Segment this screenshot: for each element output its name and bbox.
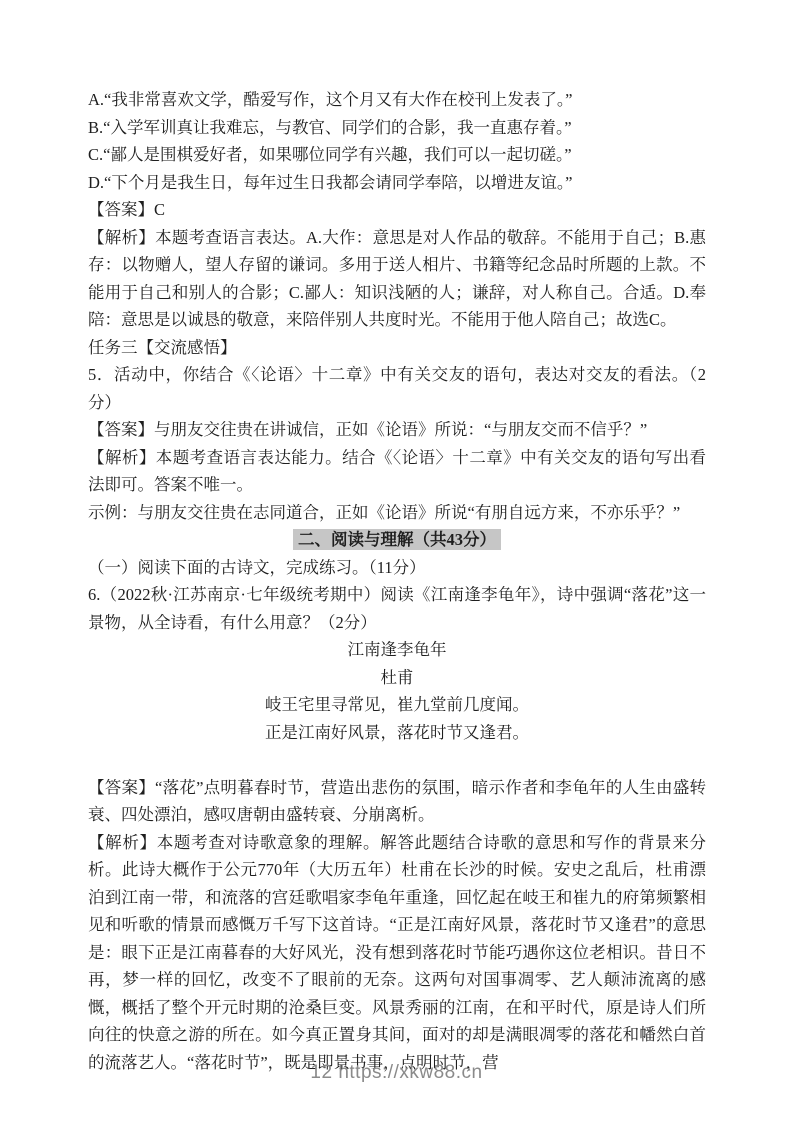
document-content: A.“我非常喜欢文学，酷爱写作，这个月又有大作在校刊上发表了。” B.“入学军训… — [88, 86, 706, 1076]
poem-title: 江南逢李龟年 — [88, 636, 706, 664]
section-title: 二、阅读与理解（共43分） — [293, 529, 501, 550]
task3-heading: 任务三【交流感悟】 — [88, 334, 706, 362]
section-title-line: 二、阅读与理解（共43分） — [88, 526, 706, 554]
page-footer: 12 https://xkw88.cn — [0, 1062, 793, 1084]
q6-answer: 【答案】“落花”点明暮春时节，营造出悲伤的氛围，暗示作者和李龟年的人生由盛转衰、… — [88, 774, 706, 829]
poem-line: 正是江南好风景，落花时节又逢君。 — [88, 719, 706, 747]
q5-example: 示例：与朋友交往贵在志同道合，正如《论语》所说“有朋自远方来，不亦乐乎？” — [88, 499, 706, 527]
q4-option-b: B.“入学军训真让我难忘，与教官、同学们的合影，我一直惠存着。” — [88, 114, 706, 142]
q5-analysis: 【解析】本题考查语言表达能力。结合《〈论语〉十二章》中有关交友的语句写出看法即可… — [88, 444, 706, 499]
q4-option-c: C.“鄙人是围棋爱好者，如果哪位同学有兴趣，我们可以一起切磋。” — [88, 141, 706, 169]
q4-analysis: 【解析】本题考查语言表达。A.大作：意思是对人作品的敬辞。不能用于自己；B.惠存… — [88, 224, 706, 334]
poem-line: 岐王宅里寻常见，崔九堂前几度闻。 — [88, 691, 706, 719]
q4-option-d: D.“下个月是我生日，每年过生日我都会请同学奉陪，以增进友谊。” — [88, 169, 706, 197]
q5-answer: 【答案】与朋友交往贵在讲诚信，正如《论语》所说：“与朋友交而不信乎？” — [88, 416, 706, 444]
q5-question: 5．活动中，你结合《〈论语〉十二章》中有关交友的语句，表达对交友的看法。（2分） — [88, 361, 706, 416]
q4-option-a: A.“我非常喜欢文学，酷爱写作，这个月又有大作在校刊上发表了。” — [88, 86, 706, 114]
q6-analysis: 【解析】本题考查对诗歌意象的理解。解答此题结合诗歌的意思和写作的背景来分析。此诗… — [88, 829, 706, 1077]
q6-question: 6.（2022秋·江苏南京·七年级统考期中）阅读《江南逢李龟年》，诗中强调“落花… — [88, 581, 706, 636]
document-page: A.“我非常喜欢文学，酷爱写作，这个月又有大作在校刊上发表了。” B.“入学军训… — [0, 0, 793, 1122]
footer-url: 12 https://xkw88.cn — [310, 1062, 482, 1083]
part1-heading: （一）阅读下面的古诗文，完成练习。（11分） — [88, 554, 706, 582]
poem-author: 杜甫 — [88, 664, 706, 692]
q4-answer: 【答案】C — [88, 196, 706, 224]
blank-line — [88, 746, 706, 774]
